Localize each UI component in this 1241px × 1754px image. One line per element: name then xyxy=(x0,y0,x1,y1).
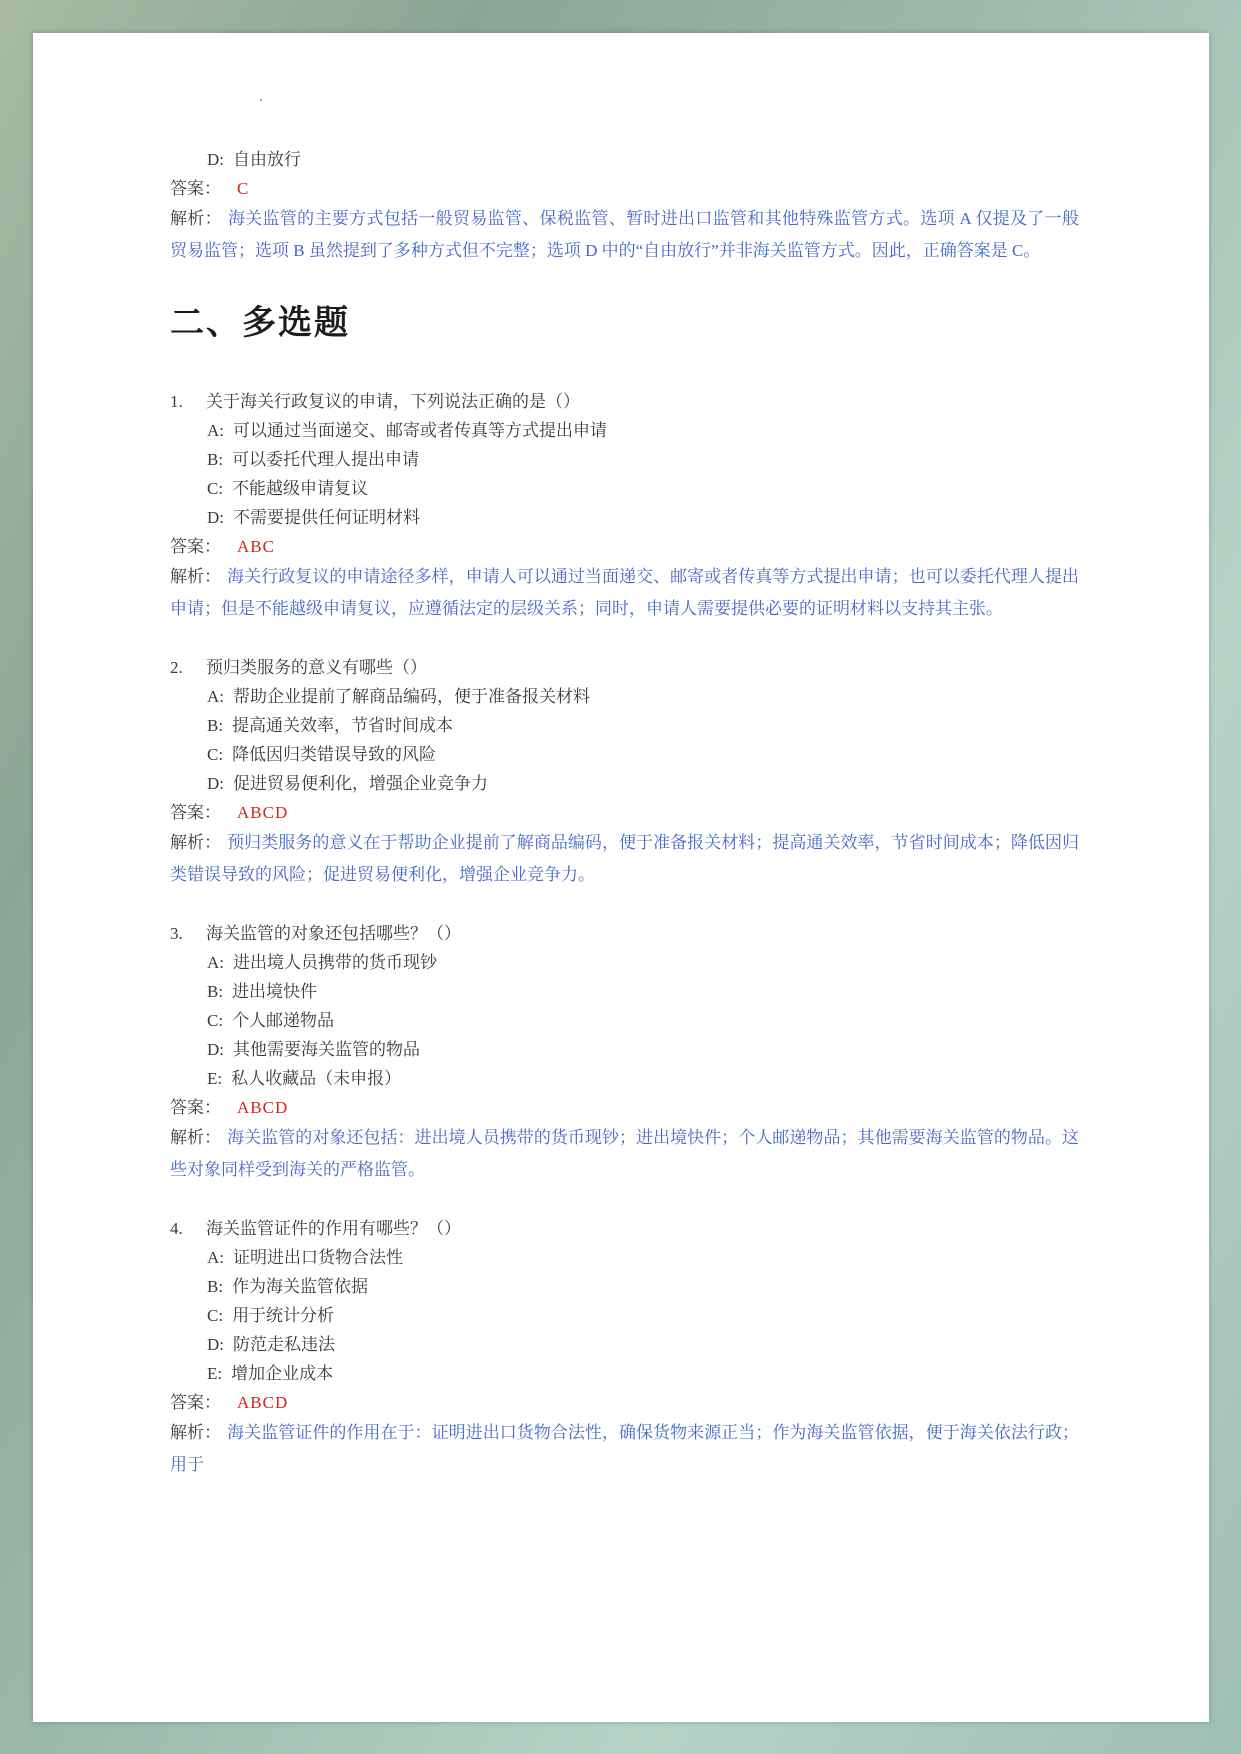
option-text: 促进贸易便利化，增强企业竞争力 xyxy=(233,774,488,793)
answer-line: 答案：ABCD xyxy=(170,1093,1079,1122)
option: A:进出境人员携带的货币现钞 xyxy=(170,948,1079,977)
answer-value: ABCD xyxy=(237,803,288,822)
option-label: D: xyxy=(207,774,224,793)
document-page: . D:自由放行 答案：C 解析：海关监管的主要方式包括一般贸易监管、保税监管、… xyxy=(33,33,1209,1722)
analysis-label: 解析： xyxy=(170,567,221,586)
question-text: 关于海关行政复议的申请，下列说法正确的是（） xyxy=(206,392,580,411)
option-text: 降低因归类错误导致的风险 xyxy=(232,745,436,764)
option: C:个人邮递物品 xyxy=(170,1006,1079,1035)
option-text: 不能越级申请复议 xyxy=(232,479,368,498)
option: E:增加企业成本 xyxy=(170,1359,1079,1388)
question-number: 3. xyxy=(170,919,206,948)
option: B:作为海关监管依据 xyxy=(170,1272,1079,1301)
option: B:提高通关效率，节省时间成本 xyxy=(170,711,1079,740)
option: C:降低因归类错误导致的风险 xyxy=(170,740,1079,769)
previous-question-tail: D:自由放行 答案：C 解析：海关监管的主要方式包括一般贸易监管、保税监管、暂时… xyxy=(170,145,1079,267)
question-title: 3.海关监管的对象还包括哪些？（） xyxy=(170,919,1079,948)
question-number: 2. xyxy=(170,653,206,682)
option-text: 可以通过当面递交、邮寄或者传真等方式提出申请 xyxy=(233,421,607,440)
answer-value: ABC xyxy=(237,537,275,556)
option: A:帮助企业提前了解商品编码，便于准备报关材料 xyxy=(170,682,1079,711)
option: B:进出境快件 xyxy=(170,977,1079,1006)
option-label: D: xyxy=(207,1335,224,1354)
analysis-label: 解析： xyxy=(170,1423,221,1442)
analysis-text: 海关监管的对象还包括：进出境人员携带的货币现钞；进出境快件；个人邮递物品；其他需… xyxy=(170,1128,1079,1179)
analysis-line: 解析：预归类服务的意义在于帮助企业提前了解商品编码，便于准备报关材料；提高通关效… xyxy=(170,827,1079,891)
option-text: 进出境人员携带的货币现钞 xyxy=(233,953,437,972)
option-text: 不需要提供任何证明材料 xyxy=(233,508,420,527)
option-label: A: xyxy=(207,421,224,440)
option-text: 其他需要海关监管的物品 xyxy=(233,1040,420,1059)
answer-label: 答案： xyxy=(170,803,221,822)
option-text: 提高通关效率，节省时间成本 xyxy=(232,716,453,735)
option-label: E: xyxy=(207,1364,222,1383)
analysis-line: 解析：海关监管的对象还包括：进出境人员携带的货币现钞；进出境快件；个人邮递物品；… xyxy=(170,1122,1079,1186)
answer-line: 答案：C xyxy=(170,174,1079,203)
option-label: A: xyxy=(207,1248,224,1267)
option-label: B: xyxy=(207,450,223,469)
question-title: 4.海关监管证件的作用有哪些？（） xyxy=(170,1214,1079,1243)
section-title: 二、多选题 xyxy=(170,301,1079,347)
option: D:其他需要海关监管的物品 xyxy=(170,1035,1079,1064)
option: E:私人收藏品（未申报） xyxy=(170,1064,1079,1093)
answer-value: C xyxy=(237,179,249,198)
question-block-3: 3.海关监管的对象还包括哪些？（） A:进出境人员携带的货币现钞 B:进出境快件… xyxy=(170,919,1079,1186)
answer-label: 答案： xyxy=(170,1393,221,1412)
question-title: 2.预归类服务的意义有哪些（） xyxy=(170,653,1079,682)
option-text: 增加企业成本 xyxy=(231,1364,333,1383)
answer-label: 答案： xyxy=(170,179,221,198)
option-text: 个人邮递物品 xyxy=(232,1011,334,1030)
analysis-line: 解析：海关监管证件的作用在于：证明进出口货物合法性，确保货物来源正当；作为海关监… xyxy=(170,1417,1079,1481)
analysis-label: 解析： xyxy=(170,833,221,852)
analysis-text: 海关监管的主要方式包括一般贸易监管、保税监管、暂时进出口监管和其他特殊监管方式。… xyxy=(170,209,1079,260)
analysis-label: 解析： xyxy=(170,1128,221,1147)
question-title: 1.关于海关行政复议的申请，下列说法正确的是（） xyxy=(170,387,1079,416)
answer-line: 答案：ABC xyxy=(170,532,1079,561)
option-text: 可以委托代理人提出申请 xyxy=(232,450,419,469)
analysis-label: 解析： xyxy=(170,209,222,228)
answer-line: 答案：ABCD xyxy=(170,798,1079,827)
option-label: E: xyxy=(207,1069,222,1088)
option-text: 证明进出口货物合法性 xyxy=(233,1248,403,1267)
analysis-text: 预归类服务的意义在于帮助企业提前了解商品编码，便于准备报关材料；提高通关效率，节… xyxy=(170,833,1079,884)
option: B:可以委托代理人提出申请 xyxy=(170,445,1079,474)
analysis-line: 解析：海关监管的主要方式包括一般贸易监管、保税监管、暂时进出口监管和其他特殊监管… xyxy=(170,203,1079,267)
option: C:不能越级申请复议 xyxy=(170,474,1079,503)
option: A:证明进出口货物合法性 xyxy=(170,1243,1079,1272)
answer-value: ABCD xyxy=(237,1393,288,1412)
option-label: B: xyxy=(207,716,223,735)
option-label: B: xyxy=(207,1277,223,1296)
option: A:可以通过当面递交、邮寄或者传真等方式提出申请 xyxy=(170,416,1079,445)
option-text: 作为海关监管依据 xyxy=(232,1277,368,1296)
option-text: 防范走私违法 xyxy=(233,1335,335,1354)
question-block-1: 1.关于海关行政复议的申请，下列说法正确的是（） A:可以通过当面递交、邮寄或者… xyxy=(170,387,1079,625)
question-number: 4. xyxy=(170,1214,206,1243)
option-label: D: xyxy=(207,150,224,169)
analysis-text: 海关监管证件的作用在于：证明进出口货物合法性，确保货物来源正当；作为海关监管依据… xyxy=(170,1423,1079,1474)
option-text: 帮助企业提前了解商品编码，便于准备报关材料 xyxy=(233,687,590,706)
question-block-2: 2.预归类服务的意义有哪些（） A:帮助企业提前了解商品编码，便于准备报关材料 … xyxy=(170,653,1079,891)
analysis-text: 海关行政复议的申请途径多样，申请人可以通过当面递交、邮寄或者传真等方式提出申请；… xyxy=(170,567,1079,618)
option-label: C: xyxy=(207,479,223,498)
question-block-4: 4.海关监管证件的作用有哪些？（） A:证明进出口货物合法性 B:作为海关监管依… xyxy=(170,1214,1079,1481)
stray-mark: . xyxy=(259,89,263,106)
option-text: 私人收藏品（未申报） xyxy=(231,1069,401,1088)
option-label: D: xyxy=(207,1040,224,1059)
option-label: A: xyxy=(207,687,224,706)
option-label: A: xyxy=(207,953,224,972)
answer-line: 答案：ABCD xyxy=(170,1388,1079,1417)
option-text: 进出境快件 xyxy=(232,982,317,1001)
option-label: C: xyxy=(207,1306,223,1325)
option: D:不需要提供任何证明材料 xyxy=(170,503,1079,532)
option-label: D: xyxy=(207,508,224,527)
question-text: 海关监管证件的作用有哪些？（） xyxy=(206,1219,461,1238)
question-text: 海关监管的对象还包括哪些？（） xyxy=(206,924,461,943)
option: C:用于统计分析 xyxy=(170,1301,1079,1330)
question-text: 预归类服务的意义有哪些（） xyxy=(206,658,427,677)
question-number: 1. xyxy=(170,387,206,416)
option-label: C: xyxy=(207,745,223,764)
option: D:促进贸易便利化，增强企业竞争力 xyxy=(170,769,1079,798)
option: D:自由放行 xyxy=(170,145,1079,174)
answer-value: ABCD xyxy=(237,1098,288,1117)
option-label: B: xyxy=(207,982,223,1001)
option: D:防范走私违法 xyxy=(170,1330,1079,1359)
option-text: 用于统计分析 xyxy=(232,1306,334,1325)
option-label: C: xyxy=(207,1011,223,1030)
answer-label: 答案： xyxy=(170,1098,221,1117)
analysis-line: 解析：海关行政复议的申请途径多样，申请人可以通过当面递交、邮寄或者传真等方式提出… xyxy=(170,561,1079,625)
option-text: 自由放行 xyxy=(233,150,301,169)
answer-label: 答案： xyxy=(170,537,221,556)
